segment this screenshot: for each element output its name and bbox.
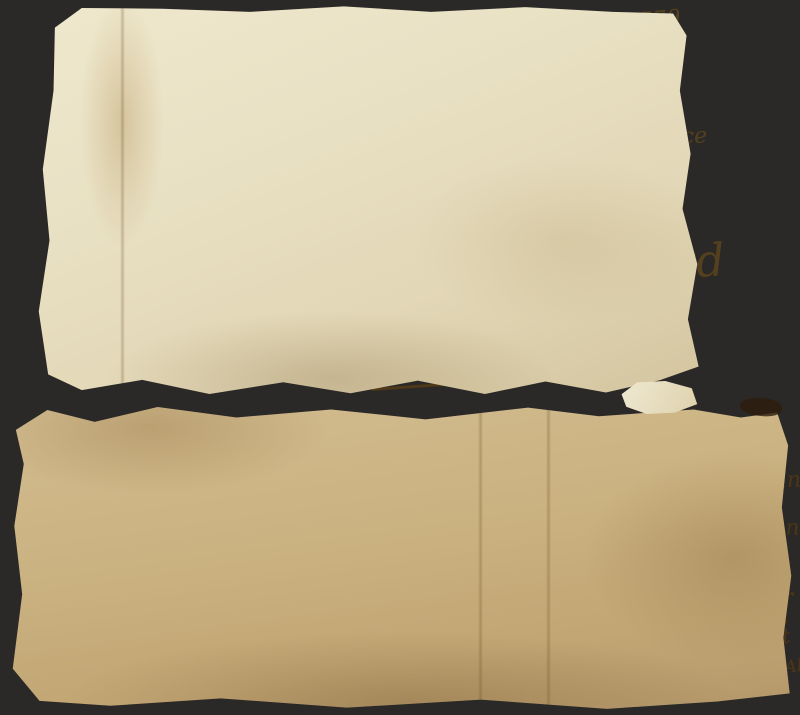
- document-bottom: [8, 402, 796, 712]
- fold-crease: [120, 4, 125, 398]
- document-top: [28, 4, 700, 398]
- photo-background: Sir Philada. October 9. 1779 Please to p…: [0, 0, 800, 715]
- ink-blot: [739, 396, 783, 418]
- fold-crease: [478, 402, 483, 712]
- fold-crease: [546, 402, 551, 712]
